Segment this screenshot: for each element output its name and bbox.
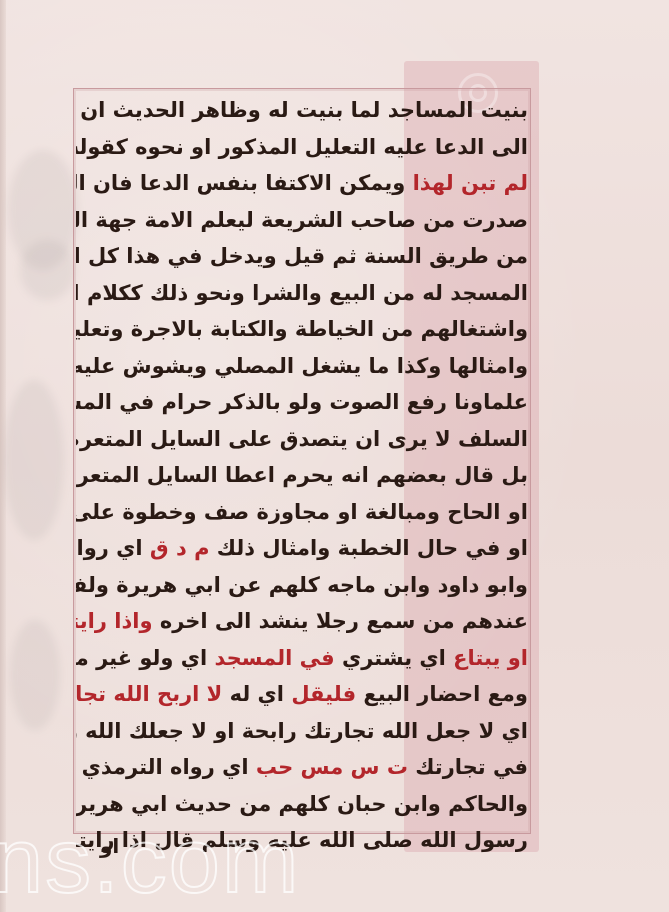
body-text: اي ولو غير معتكف <box>76 646 215 670</box>
body-text: اي رواه الترمذي والنسائي <box>76 755 256 779</box>
body-text: السلف لا يرى ان يتصدق على السايل المتعرض… <box>76 427 528 451</box>
manuscript-line: بل قال بعضهم انه يحرم اعطا السايل المتعر… <box>76 457 528 494</box>
body-text: ويمكن الاكتفا بنفس الدعا فان العلة انما <box>76 171 413 195</box>
manuscript-line: صدرت من صاحب الشريعة ليعلم الامة جهة الم… <box>76 202 528 239</box>
rubric-text: لا اربح الله تجارتك <box>76 682 222 706</box>
body-text: علماونا رفع الصوت ولو بالذكر حرام في الم… <box>76 390 528 414</box>
manuscript-line: او في حال الخطبة وامثال ذلك م د ق اي روا… <box>76 530 528 567</box>
manuscript-line: وابو داود وابن ماجه كلهم عن ابي هريرة ول… <box>76 567 528 604</box>
body-text: عندهم من سمع رجلا ينشد الى اخره <box>153 609 528 633</box>
body-text: صدرت من صاحب الشريعة ليعلم الامة جهة الم… <box>76 208 528 232</box>
manuscript-line: علماونا رفع الصوت ولو بالذكر حرام في الم… <box>76 384 528 421</box>
stain <box>4 380 64 540</box>
body-text: وامثالها وكذا ما يشغل المصلي ويشوش عليه … <box>76 354 528 378</box>
manuscript-line: واشتغالهم من الخياطة والكتابة بالاجرة وت… <box>76 311 528 348</box>
manuscript-line: وامثالها وكذا ما يشغل المصلي ويشوش عليه … <box>76 348 528 385</box>
body-text: في تجارتك <box>408 755 528 779</box>
manuscript-line: لم تبن لهذا ويمكن الاكتفا بنفس الدعا فان… <box>76 165 528 202</box>
manuscript-line: او يبتاع اي يشتري في المسجد اي ولو غير م… <box>76 640 528 677</box>
rubric-text: او يبتاع <box>453 646 528 670</box>
rubric-text: ت س مس حب <box>256 755 408 779</box>
manuscript-line: المسجد له من البيع والشرا ونحو ذلك ككلام… <box>76 275 528 312</box>
body-text: او الحاح ومبالغة او مجاوزة صف وخطوة على … <box>76 500 528 524</box>
body-text: اي رواه مسلم <box>76 536 150 560</box>
manuscript-line: الى الدعا عليه التعليل المذكور او نحوه ك… <box>76 129 528 166</box>
body-text: اي لا جعل الله تجارتك رابحة او لا جعلك ا… <box>76 719 528 743</box>
body-text: اي يشتري <box>335 646 454 670</box>
manuscript-line: اي لا جعل الله تجارتك رابحة او لا جعلك ا… <box>76 713 528 750</box>
manuscript-page: بنيت المساجد لما بنيت له وظاهر الحديث ان… <box>0 0 669 912</box>
rubric-text: م د ق <box>150 536 210 560</box>
watermark-text: ns.com <box>0 815 301 907</box>
rubric-text: واذا رايتم من يبيع <box>76 609 153 633</box>
manuscript-line: او الحاح ومبالغة او مجاوزة صف وخطوة على … <box>76 494 528 531</box>
body-text: ومع احضار البيع <box>356 682 528 706</box>
rubric-text: فليقل <box>291 682 356 706</box>
stain <box>20 240 75 300</box>
body-text: او في حال الخطبة وامثال ذلك <box>210 536 529 560</box>
manuscript-line: عندهم من سمع رجلا ينشد الى اخره واذا راي… <box>76 603 528 640</box>
body-text: اي له <box>222 682 291 706</box>
stain <box>10 620 60 730</box>
body-text: وابو داود وابن ماجه كلهم عن ابي هريرة ول… <box>76 573 528 597</box>
body-text: المسجد له من البيع والشرا ونحو ذلك ككلام… <box>76 281 528 305</box>
body-text: بنيت المساجد لما بنيت له وظاهر الحديث ان… <box>76 98 528 122</box>
manuscript-text: بنيت المساجد لما بنيت له وظاهر الحديث ان… <box>76 92 528 859</box>
body-text: واشتغالهم من الخياطة والكتابة بالاجرة وت… <box>76 317 528 341</box>
body-text: بل قال بعضهم انه يحرم اعطا السايل المتعر… <box>76 463 528 487</box>
manuscript-line: من طريق السنة ثم قيل ويدخل في هذا كل امر… <box>76 238 528 275</box>
manuscript-line: السلف لا يرى ان يتصدق على السايل المتعرض… <box>76 421 528 458</box>
manuscript-line: ومع احضار البيع فليقل اي له لا اربح الله… <box>76 676 528 713</box>
manuscript-line: في تجارتك ت س مس حب اي رواه الترمذي والن… <box>76 749 528 786</box>
rubric-text: في المسجد <box>215 646 335 670</box>
body-text: الى الدعا عليه التعليل المذكور او نحوه ك… <box>76 135 528 159</box>
rubric-text: لم تبن لهذا <box>413 171 528 195</box>
manuscript-line: بنيت المساجد لما بنيت له وظاهر الحديث ان… <box>76 92 528 129</box>
body-text: من طريق السنة ثم قيل ويدخل في هذا كل امر… <box>76 244 528 268</box>
